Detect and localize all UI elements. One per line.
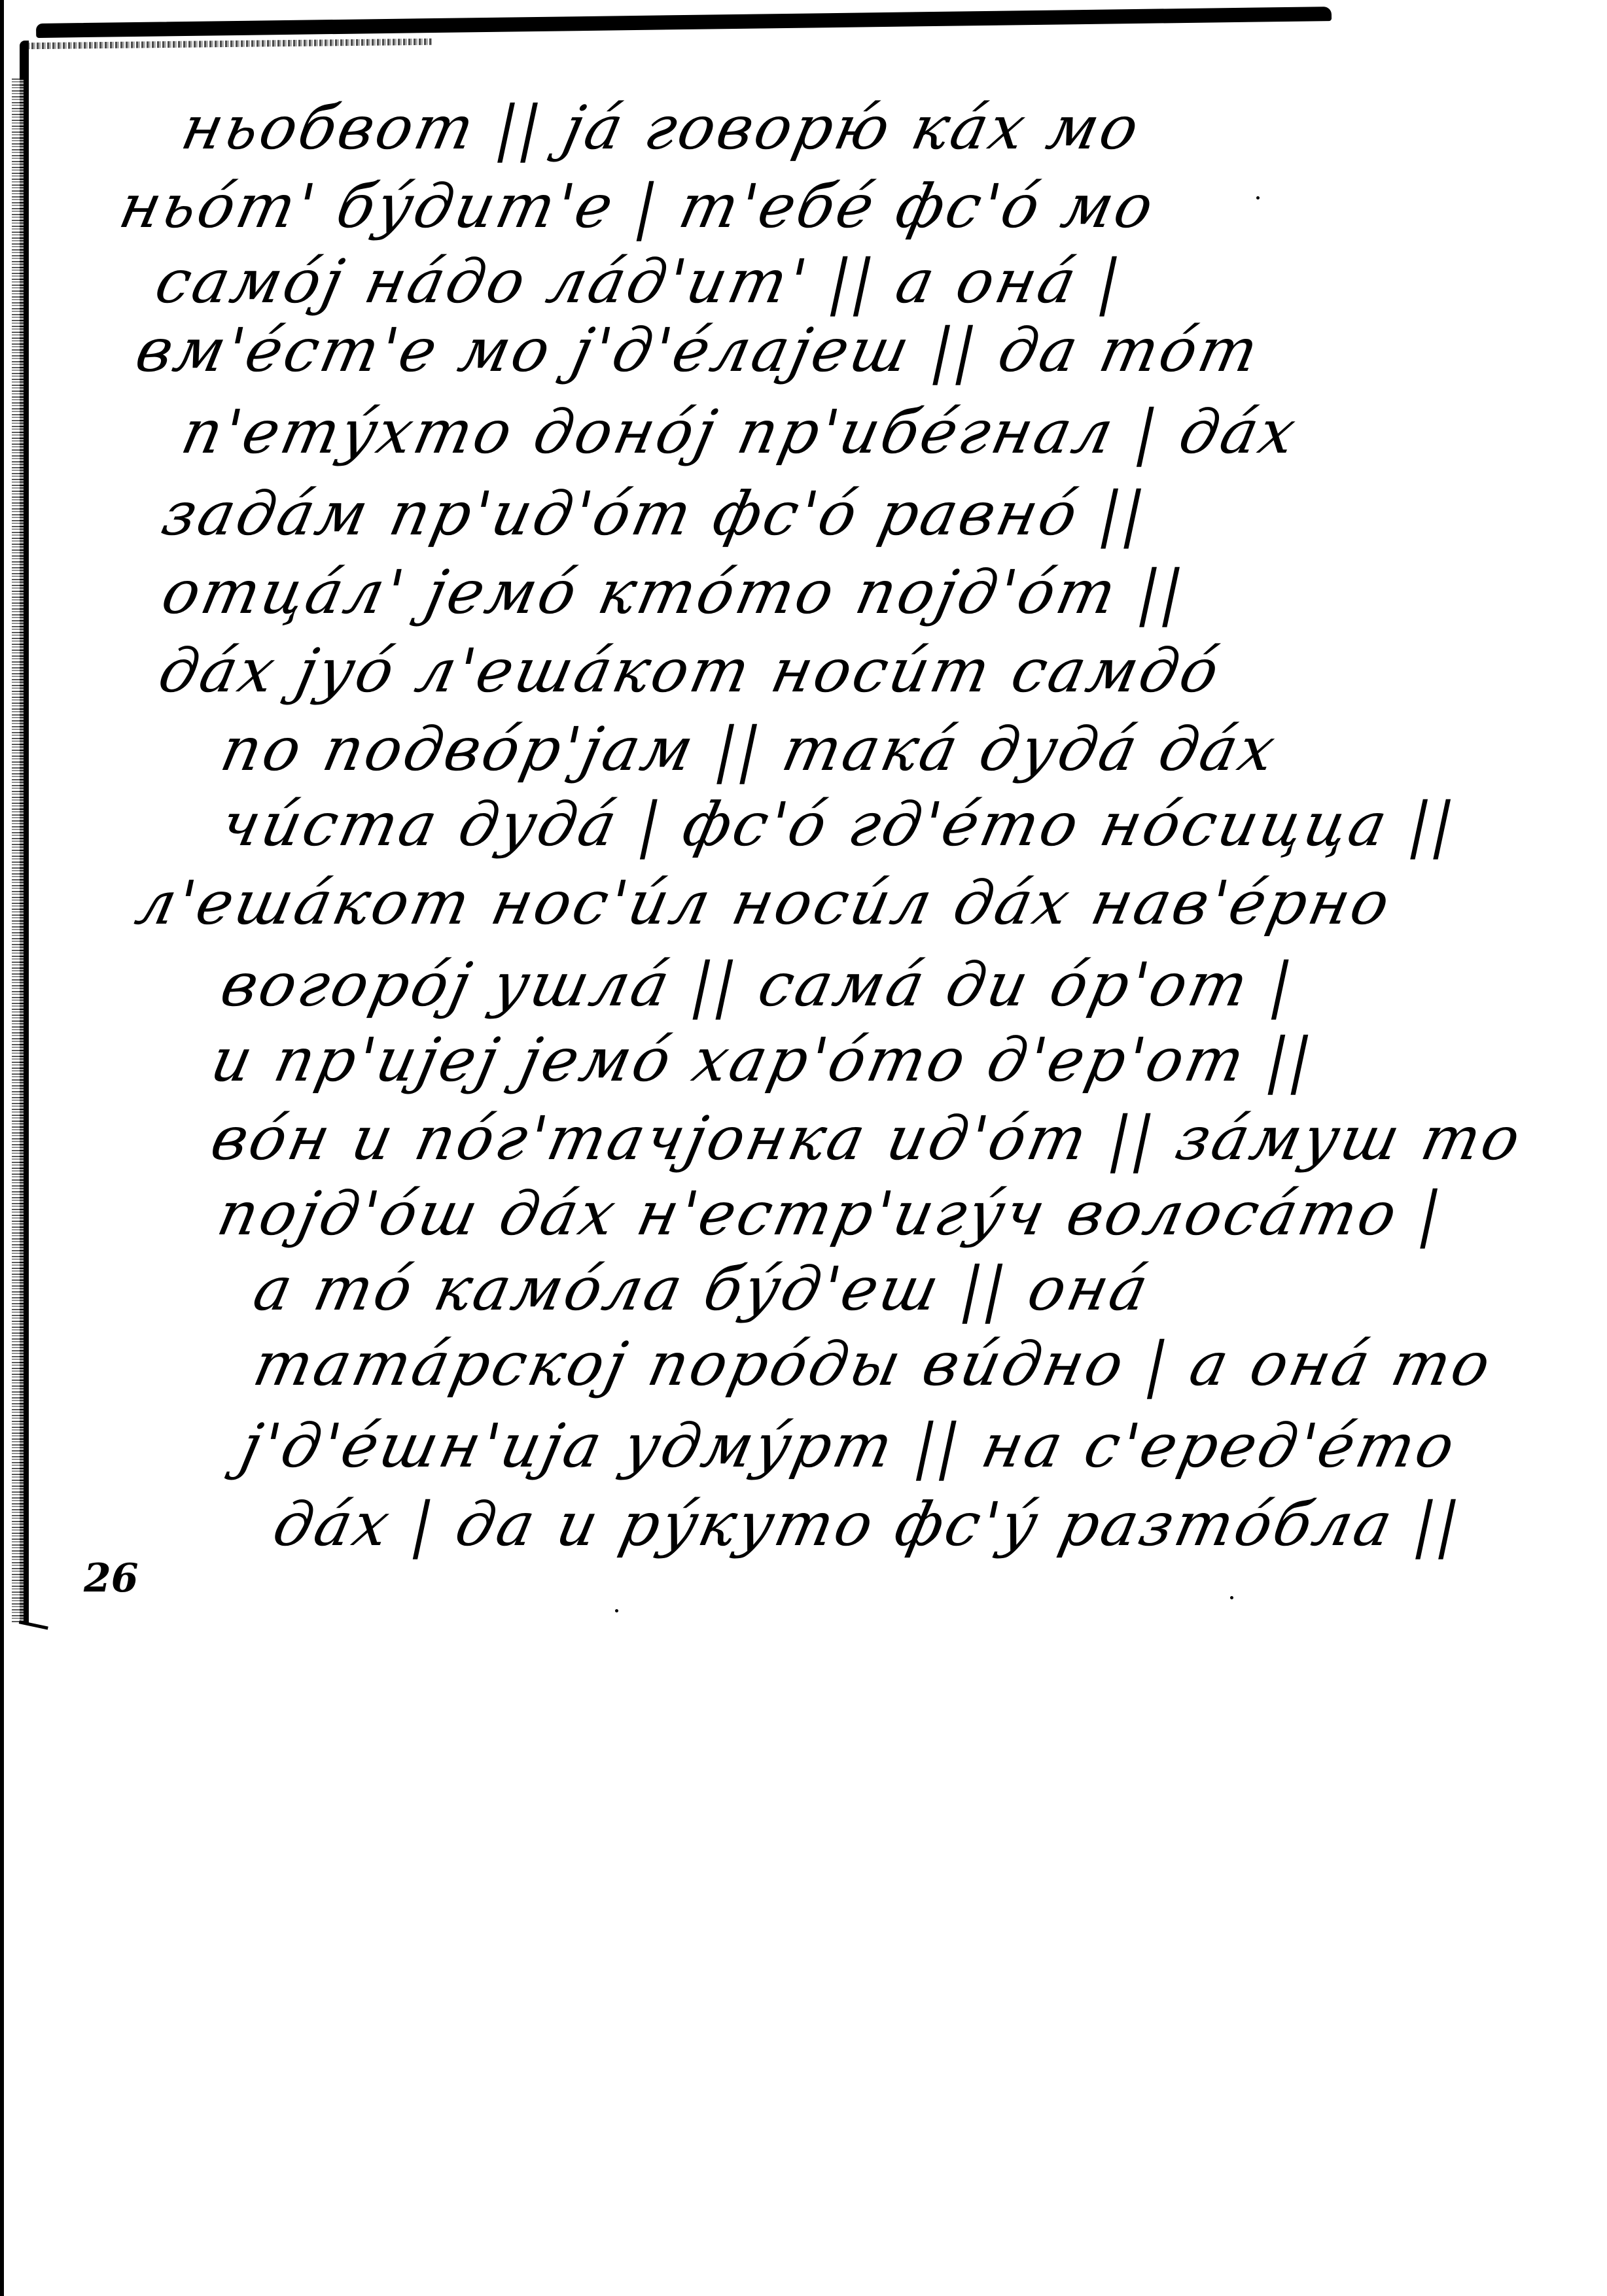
handwritten-line: ньобвот || ја́ говорю́ ка́х мо (177, 98, 1146, 158)
handwritten-line: п'етýхто доно́ј пр'ибе́гнал | да́х (177, 402, 1303, 462)
handwritten-line: и пр'иjеј јемо́ хар'о́то д'ер'от || (206, 1030, 1320, 1090)
handwritten-line: по подво́р'јам || така́ дуда́ да́х (216, 720, 1282, 780)
handwritten-line: вм'е́ст'е мо ј'д'е́лајеш || да то́т (131, 321, 1265, 381)
scanned-notebook-page: ньобвот || ја́ говорю́ ка́х мо ньо́т' бу… (0, 0, 1607, 2296)
handwritten-line: да́х јуо́ л'ешáкот носи́т самдо́ (154, 641, 1226, 701)
handwritten-line: ньо́т' бу́дит'е | т'ебе́ фс'о́ мо (115, 177, 1161, 237)
handwritten-line: зада́м пр'ид'о́т фс'о́ равно́ || (157, 484, 1152, 544)
handwritten-line: само́ј на́до ла́д'ит' || а она́ | (150, 252, 1128, 312)
notebook-top-shadow (26, 39, 432, 49)
handwritten-line: појд'о́ш да́х н'естр'игу́ч волоса́то | (213, 1184, 1449, 1244)
notebook-bottom-corner (19, 1613, 50, 1630)
handwritten-line: да́х | да и ру́куто фс'у́ разто́бла || (268, 1495, 1467, 1555)
handwritten-line: л'еша́кот нос'и́л носи́л да́х нав'е́рно (131, 873, 1397, 933)
handwritten-line: ј'д'е́шн'иjа удму́рт || на с'еред'е́то (236, 1416, 1462, 1476)
scan-left-edge (0, 0, 4, 2296)
notebook-top-edge (36, 7, 1332, 38)
scan-speck (615, 1609, 618, 1612)
handwritten-line: чи́ста дуда́ | фс'о́ гд'е́то но́сицца || (216, 795, 1462, 855)
scan-speck (1230, 1596, 1233, 1599)
handwritten-line: а то́ камо́ла бу́д'еш || она́ (249, 1259, 1156, 1319)
handwritten-line: тата́рскоj поро́ды ви́дно | а она́ то (249, 1334, 1498, 1395)
page-number: 26 (84, 1556, 139, 1601)
handwritten-line: вогоро́ј ушла́ || сама́ ди о́р'от | (216, 955, 1300, 1015)
scan-speck (1256, 196, 1260, 200)
handwritten-line: во́н и по́г'тачјонка ид'о́т || за́муш то (206, 1109, 1528, 1169)
notebook-edge-texture (12, 78, 24, 1622)
handwritten-line: отца́л' јемо́ ктóто појд'о́т || (157, 563, 1191, 623)
